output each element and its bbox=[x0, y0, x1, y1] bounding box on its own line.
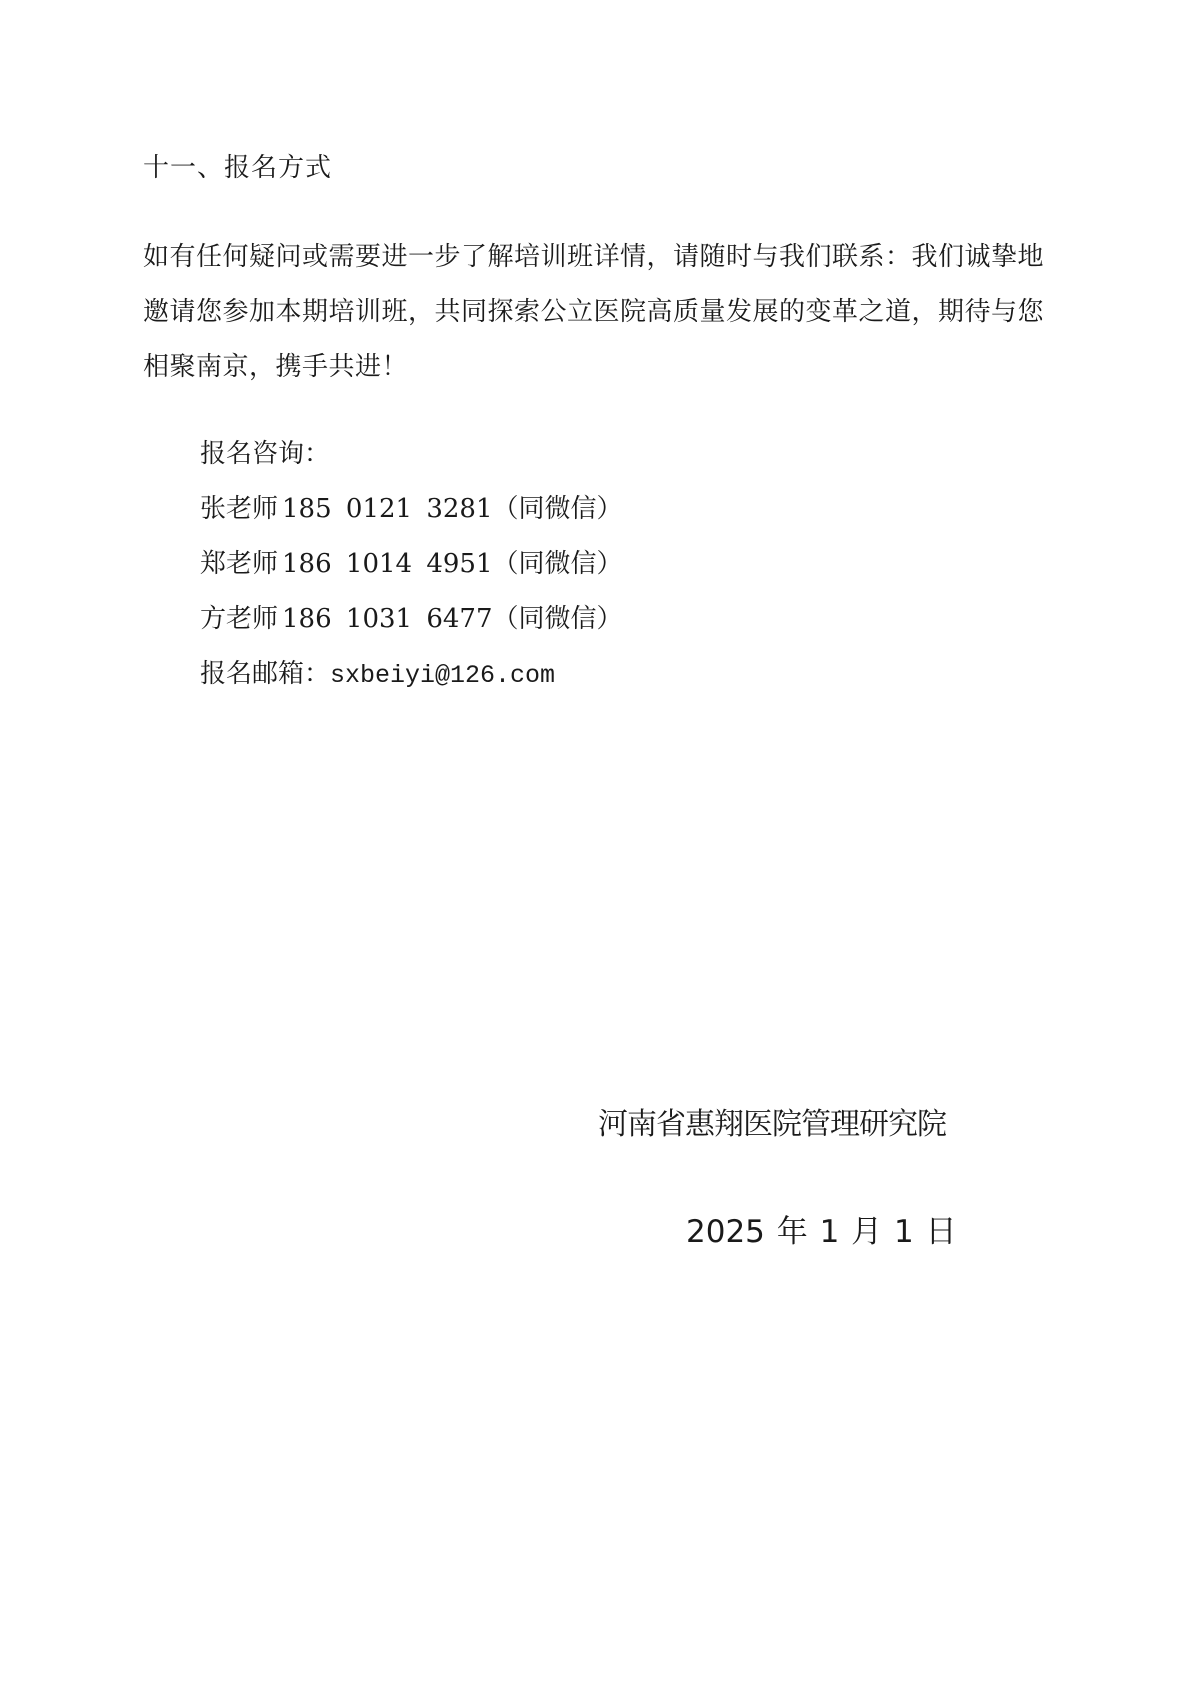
contact-label: 报名咨询： bbox=[200, 427, 623, 482]
contact-name: 张老师 bbox=[200, 494, 278, 524]
contact-phone: 186 1014 4951 bbox=[282, 549, 493, 579]
signature-date: 2025 年 1 月 1 日 bbox=[686, 1211, 957, 1253]
contact-note: （同微信） bbox=[493, 549, 623, 579]
contact-name: 方老师 bbox=[200, 604, 278, 634]
contact-note: （同微信） bbox=[493, 494, 623, 524]
section-heading: 十一、报名方式 bbox=[143, 150, 332, 186]
contact-row: 方老师186 1031 6477（同微信） bbox=[200, 592, 623, 647]
email-row: 报名邮箱：sxbeiyi@126.com bbox=[200, 647, 623, 703]
paragraph-line: 相聚南京，携手共进！ bbox=[143, 340, 1073, 395]
contact-name: 郑老师 bbox=[200, 549, 278, 579]
contact-row: 郑老师186 1014 4951（同微信） bbox=[200, 537, 623, 592]
contact-phone: 186 1031 6477 bbox=[282, 604, 493, 634]
paragraph-line: 如有任何疑问或需要进一步了解培训班详情，请随时与我们联系：我们诚挚地 bbox=[143, 230, 1073, 285]
contact-block: 报名咨询： 张老师185 0121 3281（同微信） 郑老师186 1014 … bbox=[200, 427, 623, 703]
email-address: sxbeiyi@126.com bbox=[330, 661, 555, 690]
invitation-paragraph: 如有任何疑问或需要进一步了解培训班详情，请随时与我们联系：我们诚挚地 邀请您参加… bbox=[143, 230, 1073, 395]
email-label: 报名邮箱： bbox=[200, 659, 330, 689]
signature-organization: 河南省惠翔医院管理研究院 bbox=[598, 1104, 946, 1146]
paragraph-line: 邀请您参加本期培训班，共同探索公立医院高质量发展的变革之道，期待与您 bbox=[143, 285, 1073, 340]
contact-phone: 185 0121 3281 bbox=[282, 494, 493, 524]
contact-row: 张老师185 0121 3281（同微信） bbox=[200, 482, 623, 537]
contact-note: （同微信） bbox=[493, 604, 623, 634]
document-page: 十一、报名方式 如有任何疑问或需要进一步了解培训班详情，请随时与我们联系：我们诚… bbox=[0, 0, 1200, 1697]
